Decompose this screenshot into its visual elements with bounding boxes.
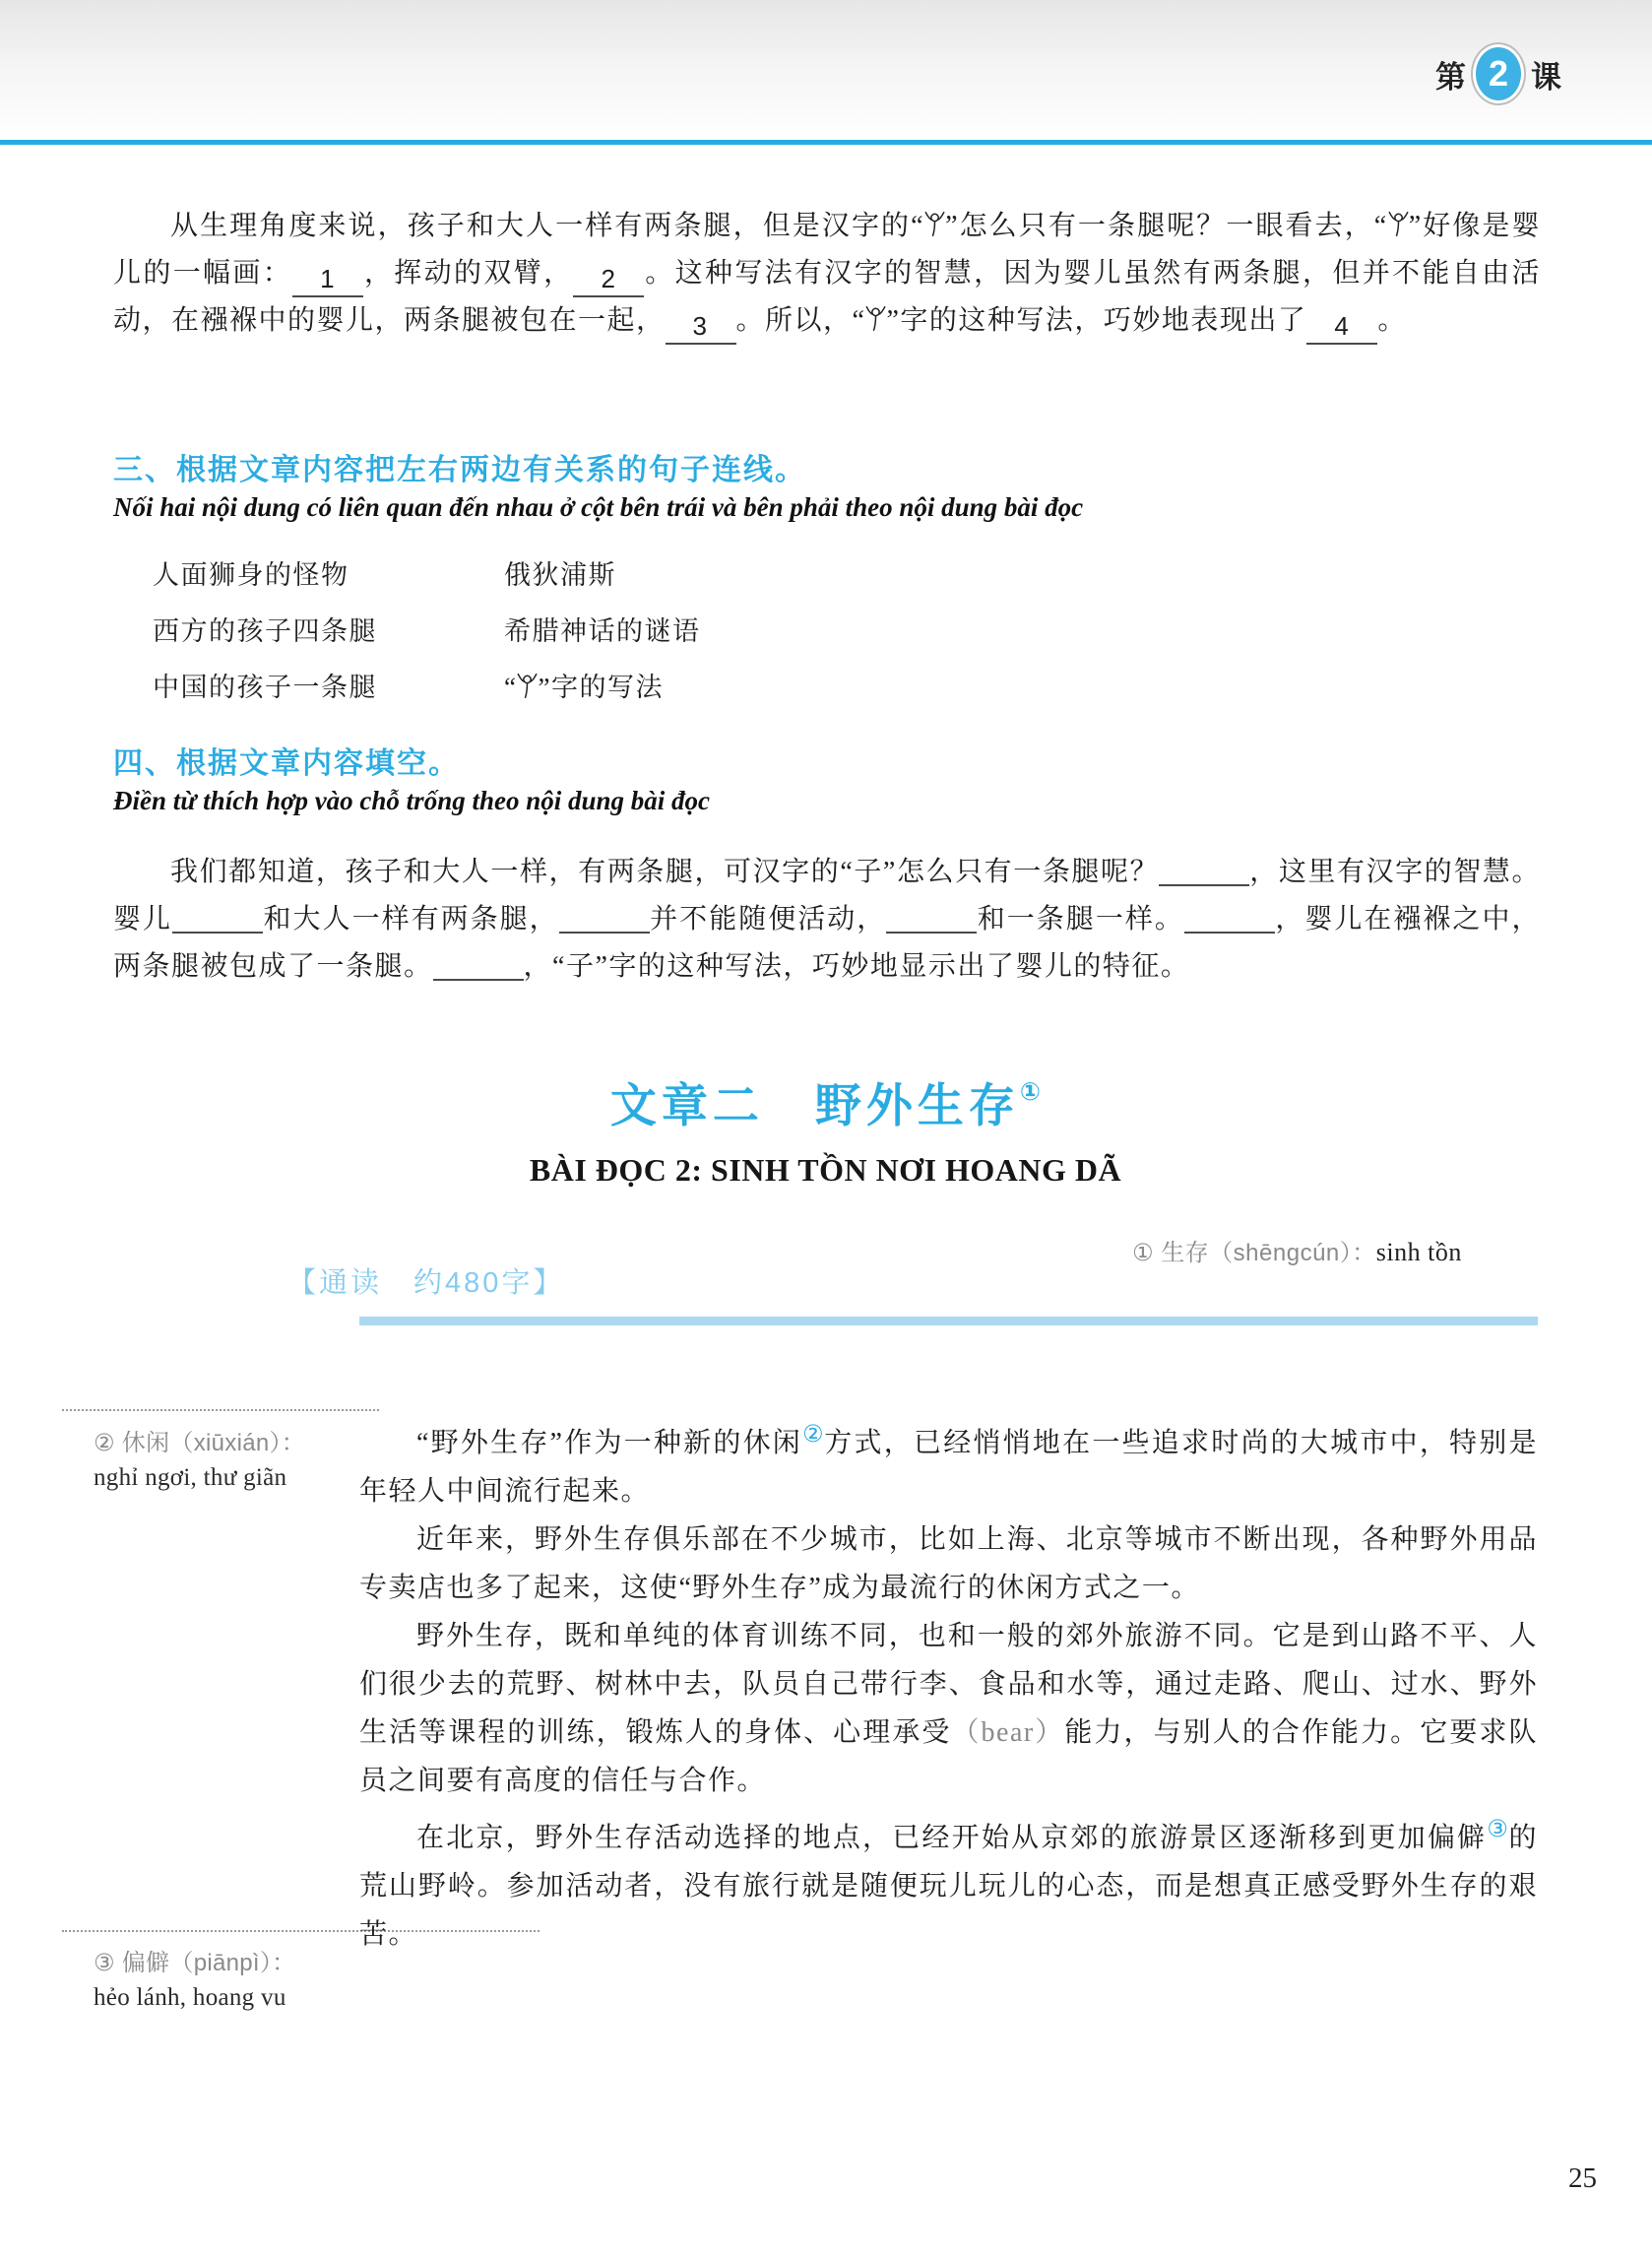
match-right-item: “”字的写法	[504, 660, 1039, 716]
intro-text: 从生理角度来说，孩子和大人一样有两条腿，但是汉字的“	[170, 211, 924, 241]
fill-blank	[433, 947, 524, 981]
margin-note-marker: ③	[94, 1950, 115, 1976]
paragraph-text: 在北京，野外生存活动选择的地点，已经开始从京郊的旅游景区逐渐移到更加偏僻	[416, 1823, 1487, 1853]
fill-blank	[1184, 900, 1275, 934]
fill-blank	[559, 900, 650, 934]
numbered-blank-3: 3	[666, 309, 736, 345]
lesson-suffix: 课	[1531, 52, 1561, 97]
match-right-item: 俄狄浦斯	[504, 548, 1039, 604]
match-left-item: 人面狮身的怪物	[153, 548, 504, 604]
section-four-heading: 四、根据文章内容填空。	[113, 739, 460, 782]
footnote-marker: ①	[1132, 1240, 1154, 1266]
english-gloss: （bear）	[951, 1717, 1064, 1748]
article-paragraph-1: “野外生存”作为一种新的休闲②方式，已经悄悄地在一些追求时尚的大城市中，特别是年…	[359, 1410, 1538, 1515]
fill-text: 我们都知道，孩子和大人一样，有两条腿，可汉字的“子”怎么只有一条腿呢？	[170, 857, 1159, 887]
intro-text: ，挥动的双臂，	[363, 258, 573, 289]
match-right-item-suffix: ”字的写法	[538, 673, 663, 702]
matching-exercise: 人面狮身的怪物 俄狄浦斯 西方的孩子四条腿 希腊神话的谜语 中国的孩子一条腿 “…	[153, 548, 1039, 716]
margin-note-divider	[62, 1409, 379, 1411]
article-paragraph-4: 在北京，野外生存活动选择的地点，已经开始从京郊的旅游景区逐渐移到更加偏僻③的荒山…	[359, 1805, 1538, 1959]
read-through-badge: 【通读 约480字】	[287, 1260, 564, 1301]
intro-text: 。所以，“	[736, 305, 866, 336]
margin-note-term: 休闲（xiūxián）：	[122, 1430, 305, 1456]
fill-in-paragraph: 我们都知道，孩子和大人一样，有两条腿，可汉字的“子”怎么只有一条腿呢？，这里有汉…	[113, 849, 1541, 991]
oracle-zi-glyph	[517, 671, 538, 701]
paragraph-text: “野外生存”作为一种新的休闲	[416, 1428, 802, 1458]
article-paragraph-3: 野外生存，既和单纯的体育训练不同，也和一般的郊外旅游不同。它是到山路不平、人们很…	[359, 1612, 1538, 1805]
match-right-item-prefix: “	[504, 673, 517, 702]
article-title: 文章二野外生存①	[113, 1069, 1538, 1135]
match-left-item: 西方的孩子四条腿	[153, 604, 504, 660]
fill-text: 并不能随便活动，	[650, 904, 887, 935]
intro-paragraph: 从生理角度来说，孩子和大人一样有两条腿，但是汉字的“”怎么只有一条腿呢？一眼看去…	[113, 203, 1541, 345]
margin-note-2: ② 休闲（xiūxián）：nghỉ ngơi, thư giãn	[94, 1426, 315, 1495]
article-subtitle-vi: BÀI ĐỌC 2: SINH TỒN NƠI HOANG DÃ	[113, 1152, 1538, 1189]
footnote-definition: sinh tồn	[1376, 1238, 1462, 1266]
match-left-item: 中国的孩子一条腿	[153, 660, 504, 716]
margin-note-definition: nghỉ ngơi, thư giãn	[94, 1464, 286, 1491]
fill-text: 和大人一样有两条腿，	[263, 904, 559, 935]
margin-note-term: 偏僻（piānpì）：	[122, 1950, 296, 1976]
intro-text: ”怎么只有一条腿呢？一眼看去，“	[945, 211, 1388, 241]
intro-text: 。	[1377, 305, 1407, 336]
numbered-blank-2: 2	[573, 262, 644, 297]
page-header: 第 2 课	[0, 0, 1652, 145]
section-three-heading: 三、根据文章内容把左右两边有关系的句子连线。	[113, 445, 806, 488]
match-right-item: 希腊神话的谜语	[504, 604, 1039, 660]
oracle-zi-glyph	[1388, 209, 1409, 239]
fill-blank	[886, 900, 977, 934]
lesson-number-badge: 2	[1476, 47, 1521, 100]
margin-note-marker: ②	[94, 1430, 115, 1456]
numbered-blank-1: 1	[292, 262, 363, 297]
oracle-zi-glyph	[924, 209, 945, 239]
margin-note-definition: hẻo lánh, hoang vu	[94, 1984, 286, 2011]
footnote-ref-2: ②	[802, 1421, 824, 1448]
lesson-tag: 第 2 课	[1435, 47, 1561, 100]
footnote-ref-3: ③	[1487, 1816, 1508, 1842]
article-body: “野外生存”作为一种新的休闲②方式，已经悄悄地在一些追求时尚的大城市中，特别是年…	[359, 1410, 1538, 1959]
article-paragraph-2: 近年来，野外生存俱乐部在不少城市，比如上海、北京等城市不断出现，各种野外用品专卖…	[359, 1515, 1538, 1612]
footnote-1: ① 生存（shēngcún）：sinh tồn	[1132, 1233, 1462, 1267]
title-footnote-marker: ①	[1020, 1078, 1041, 1106]
lesson-prefix: 第	[1435, 52, 1466, 97]
numbered-blank-4: 4	[1306, 309, 1377, 345]
fill-blank	[172, 900, 263, 934]
section-four-instruction-vi: Điền từ thích hợp vào chỗ trống theo nội…	[113, 786, 710, 816]
fill-text: ，“子”字的这种写法，巧妙地显示出了婴儿的特征。	[524, 951, 1190, 982]
margin-note-3: ③ 偏僻（piānpì）：hẻo lánh, hoang vu	[94, 1946, 315, 2015]
footnote-term: 生存（shēngcún）：	[1161, 1240, 1376, 1266]
article-title-part2: 野外生存	[815, 1079, 1020, 1131]
article-title-part1: 文章二	[610, 1079, 764, 1131]
page-number: 25	[1568, 2162, 1597, 2195]
section-divider-bar	[359, 1317, 1538, 1325]
oracle-zi-glyph	[865, 303, 886, 334]
section-three-instruction-vi: Nối hai nội dung có liên quan đến nhau ở…	[113, 492, 1083, 523]
fill-text: 和一条腿一样。	[977, 904, 1184, 935]
fill-blank	[1159, 853, 1249, 886]
intro-text: ”字的这种写法，巧妙地表现出了	[886, 305, 1306, 336]
